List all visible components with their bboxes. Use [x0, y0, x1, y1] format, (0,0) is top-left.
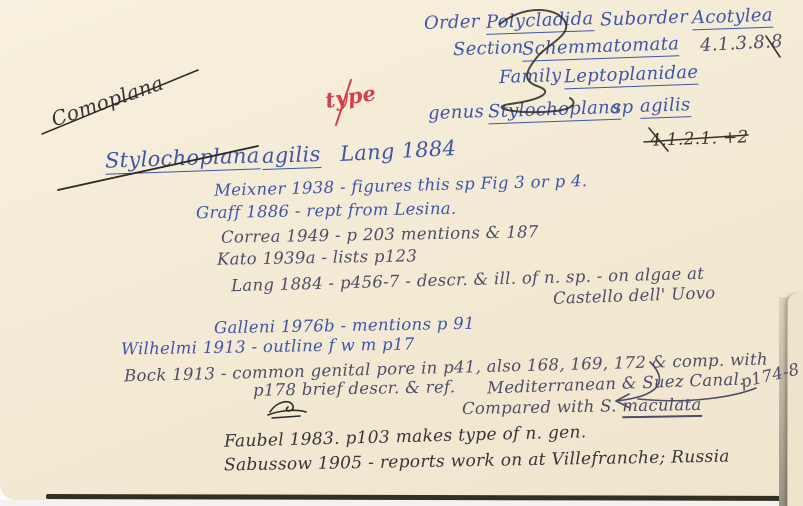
section-label: Section: [453, 37, 524, 60]
second-card-edge: [787, 293, 803, 506]
suborder-label: Suborder: [600, 6, 689, 30]
scanned-index-card-page: Order Polycladida Suborder Acotylea Sect…: [0, 0, 803, 506]
entry-bock-p178: p178 brief descr. & ref.: [253, 377, 456, 400]
order-value: Polycladida: [486, 8, 594, 35]
entry-compared: Compared with S. maculata: [462, 395, 702, 418]
section-code: 4.1.3.8.8: [700, 31, 784, 56]
heading-species: agilis: [262, 142, 322, 170]
genus-label: genus: [428, 101, 485, 124]
heading-genus: Stylochoplana: [105, 143, 260, 174]
old-code-pencil: 4.1.2.1. +2: [650, 127, 749, 150]
genus-sp-abbrev: sp: [612, 97, 634, 119]
order-label: Order: [424, 11, 480, 34]
scan-background: [0, 500, 803, 506]
entry-kato: Kato 1939a - lists p123: [217, 246, 417, 268]
genus-value: Stylochoplana: [488, 97, 622, 125]
suborder-value: Acotylea: [692, 5, 774, 31]
genus-species: agilis: [640, 94, 691, 119]
family-label: Family: [499, 65, 562, 88]
compared-species-emph: maculata: [622, 395, 702, 418]
compared-prefix: Compared with S.: [462, 396, 617, 418]
family-value: Leptoplanidae: [564, 62, 699, 90]
